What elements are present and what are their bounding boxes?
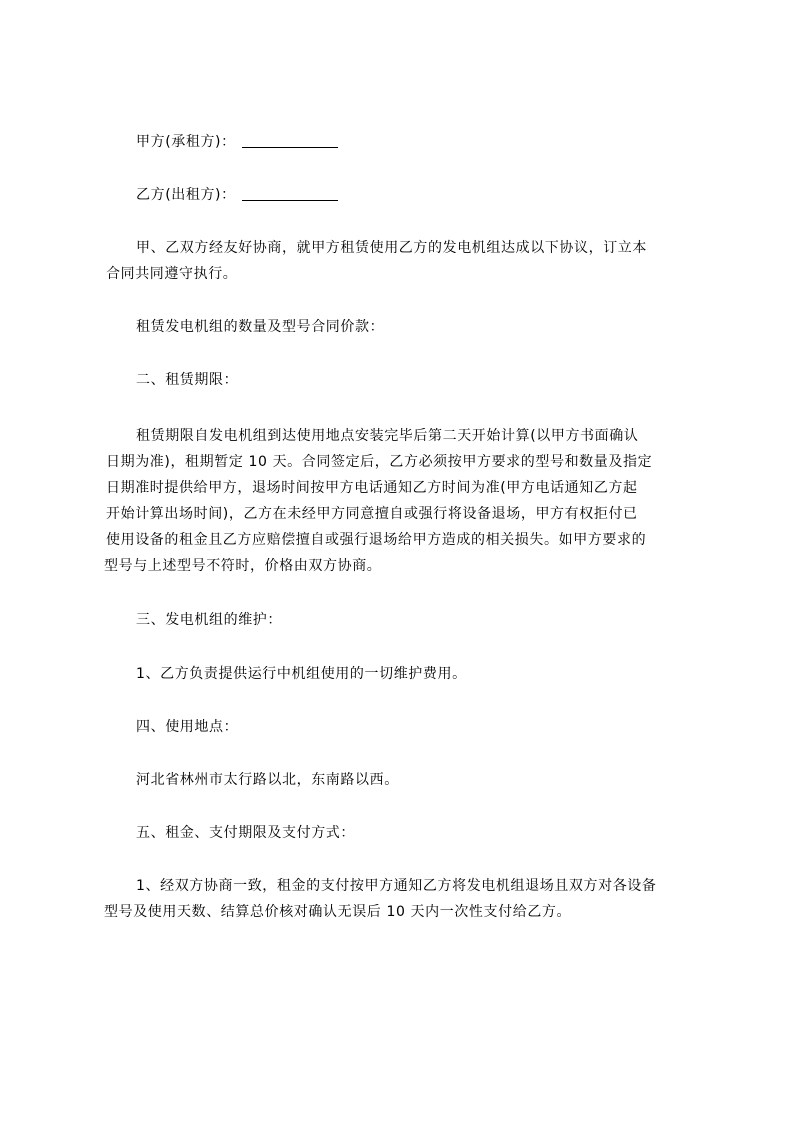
section-4-address: 河北省林州市太行路以北，东南路以西。 bbox=[136, 767, 399, 793]
document-page: 甲方(承租方)： 乙方(出租方)： 甲、乙双方经友好协商，就甲方租赁使用乙方的发… bbox=[0, 0, 793, 1122]
section-1-heading: 租赁发电机组的数量及型号合同价款： bbox=[136, 314, 384, 340]
section-5-line: 型号及使用天数、结算总价核对确认无误后 10 天内一次性支付给乙方。 bbox=[104, 899, 716, 925]
section-2-line: 使用设备的租金且乙方应赔偿擅自或强行退场给甲方造成的相关损失。如甲方要求的 bbox=[106, 527, 700, 553]
section-2-line: 开始计算出场时间)，乙方在未经甲方同意擅自或强行将设备退场，甲方有权拒付已 bbox=[106, 501, 700, 527]
section-5-line: 1、经双方协商一致，租金的支付按甲方通知乙方将发电机组退场且双方对各设备 bbox=[136, 873, 716, 899]
party-a-blank bbox=[242, 133, 338, 148]
party-b-line: 乙方(出租方)： bbox=[136, 182, 338, 208]
section-4-heading: 四、使用地点： bbox=[136, 714, 238, 740]
party-b-blank bbox=[242, 186, 338, 201]
intro-line: 甲、乙双方经友好协商，就甲方租赁使用乙方的发电机组达成以下协议，订立本 bbox=[136, 235, 702, 261]
intro-line: 合同共同遵守执行。 bbox=[106, 261, 702, 287]
section-2-line: 租赁期限自发电机组到达使用地点安装完毕后第二天开始计算(以甲方书面确认 bbox=[136, 423, 700, 449]
section-2-line: 日期为准)，租期暂定 10 天。合同签定后，乙方必须按甲方要求的型号和数量及指定 bbox=[106, 449, 700, 475]
party-a-label: 甲方(承租方)： bbox=[136, 134, 236, 150]
section-2-heading: 二、租赁期限： bbox=[136, 367, 238, 393]
party-a-line: 甲方(承租方)： bbox=[136, 129, 338, 155]
section-2-line: 型号与上述型号不符时，价格由双方协商。 bbox=[104, 553, 700, 579]
section-3-item-1: 1、乙方负责提供运行中机组使用的一切维护费用。 bbox=[136, 661, 467, 687]
section-2-line: 日期准时提供给甲方，退场时间按甲方电话通知乙方时间为准(甲方电话通知乙方起 bbox=[106, 475, 700, 501]
party-b-label: 乙方(出租方)： bbox=[136, 187, 236, 203]
section-5-heading: 五、租金、支付期限及支付方式： bbox=[136, 820, 355, 846]
section-3-heading: 三、发电机组的维护： bbox=[136, 607, 282, 633]
